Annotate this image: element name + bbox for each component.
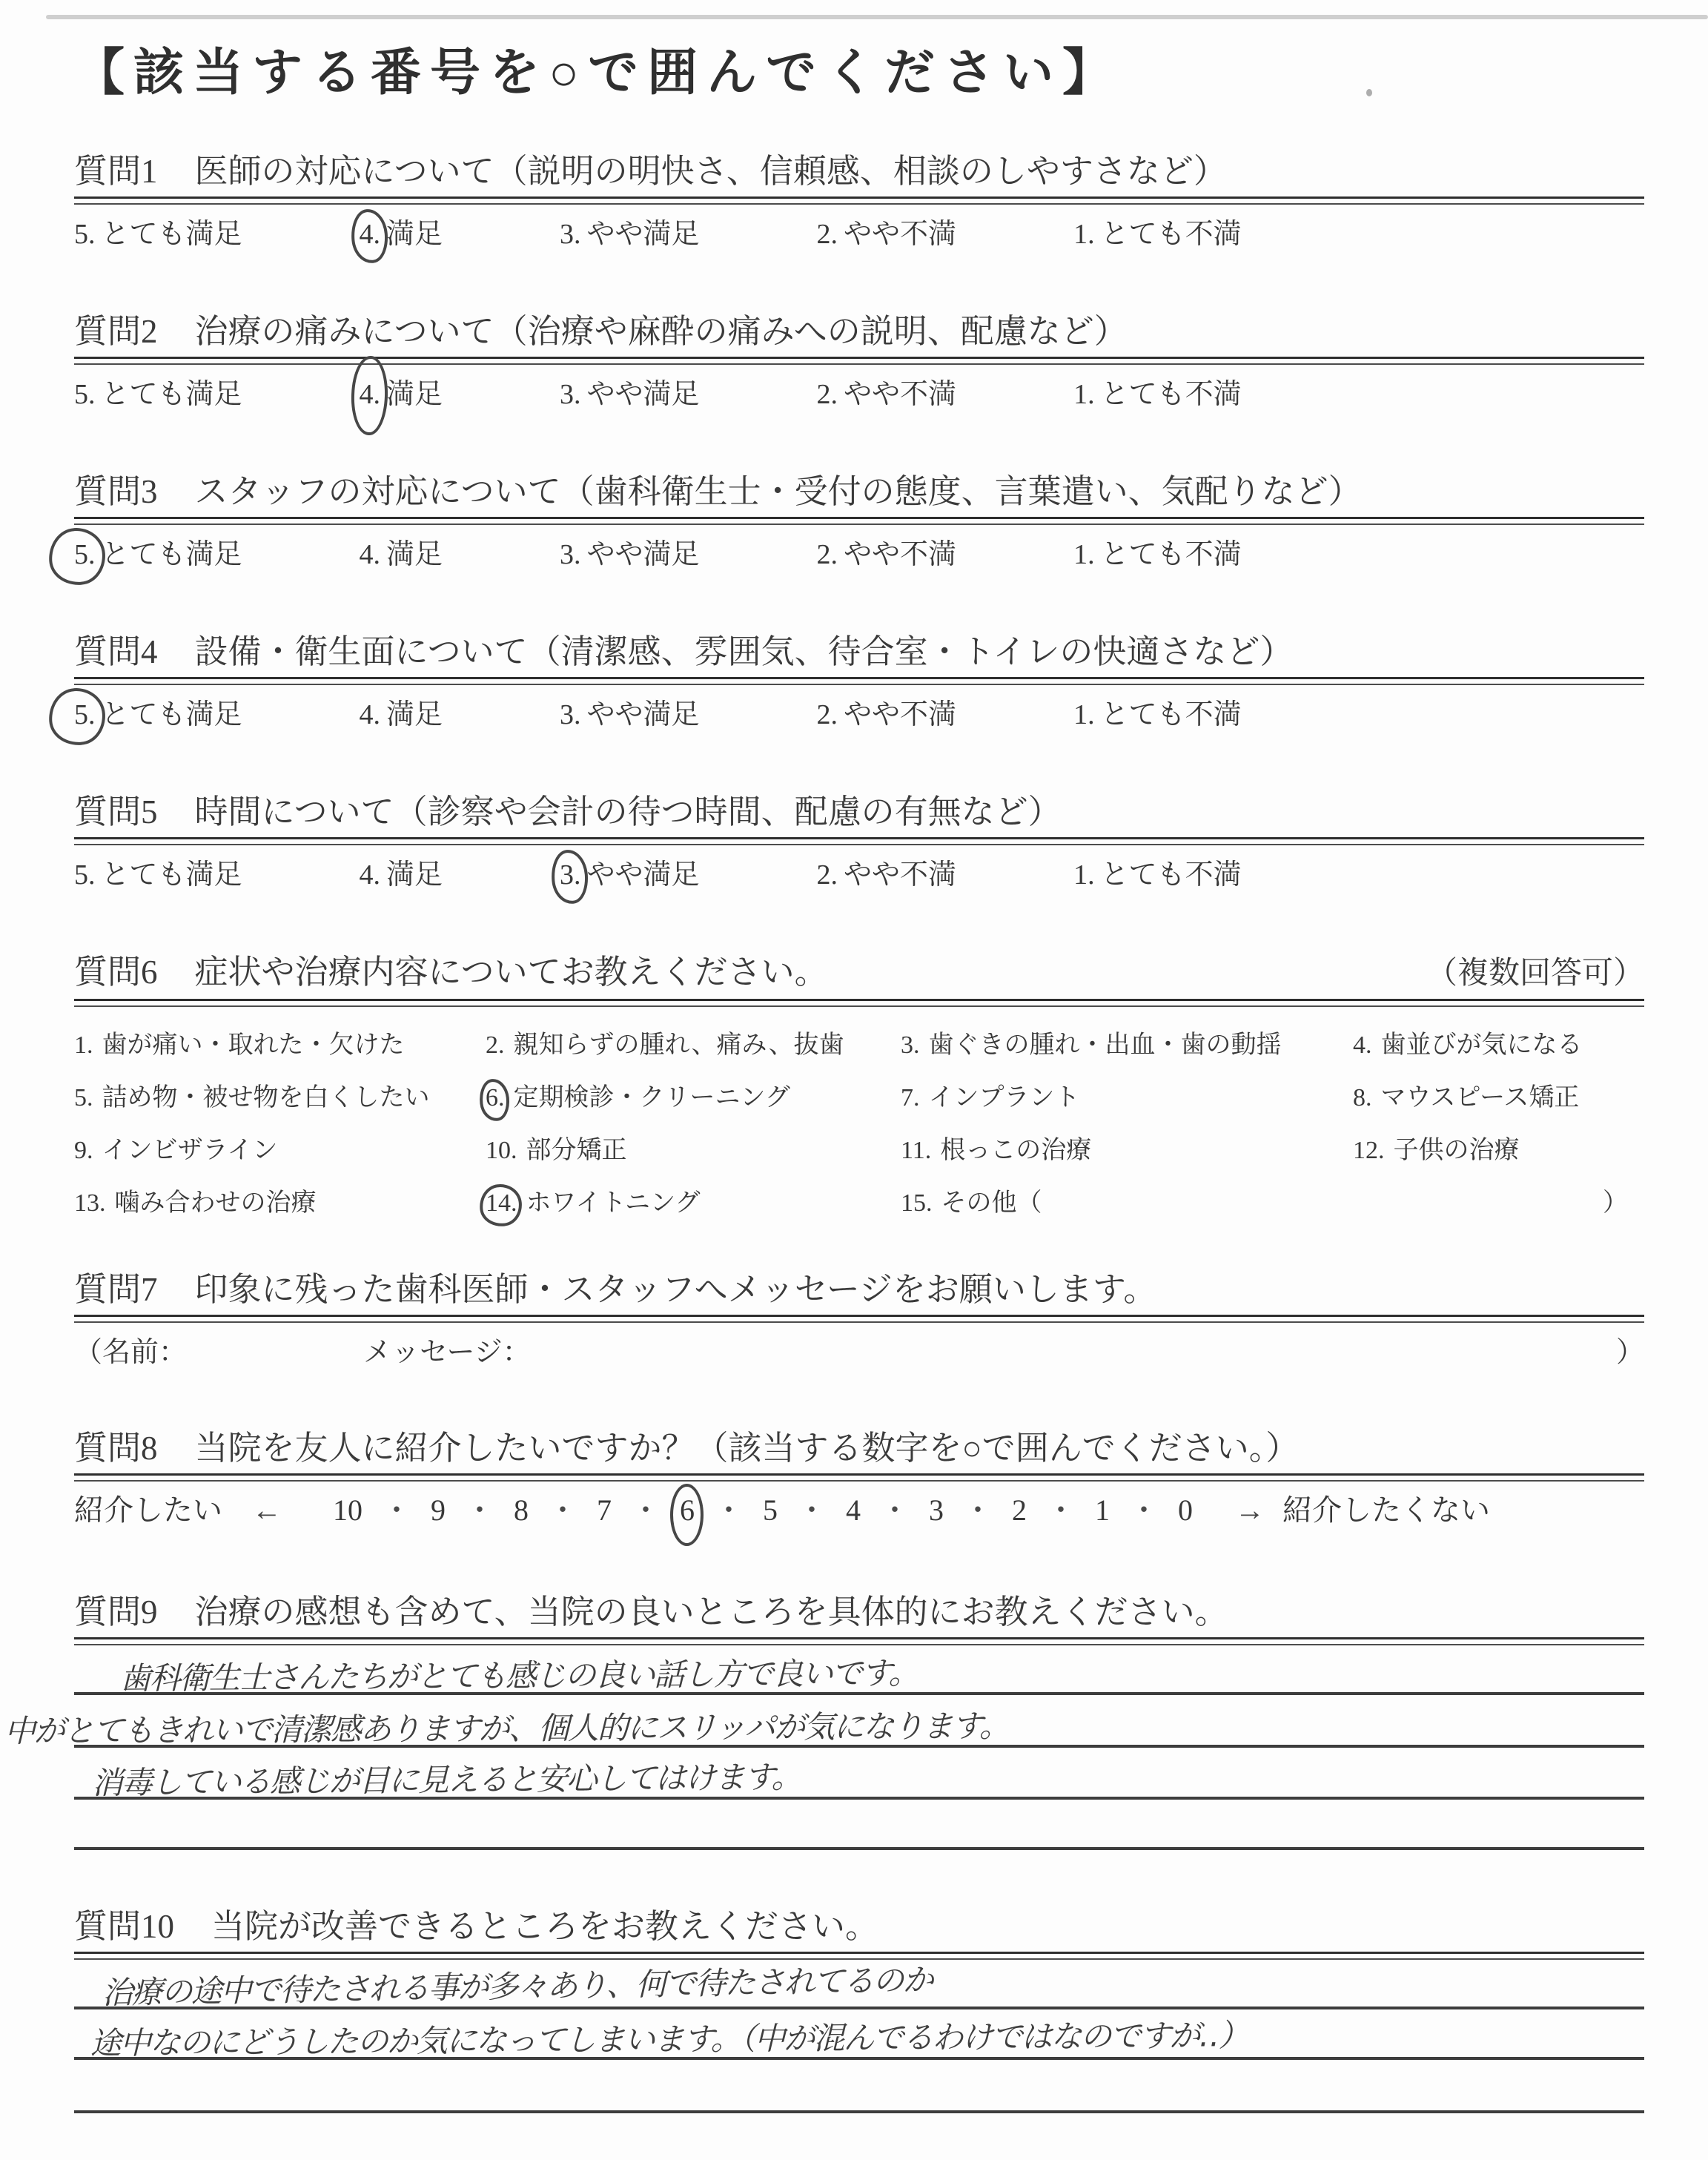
option-number: 5.: [74, 697, 96, 733]
symptom-option: 7.インプラント: [901, 1077, 1353, 1113]
other-close-paren: ）: [1353, 1182, 1644, 1218]
rating-option: 2.やや不満: [817, 697, 957, 733]
option-number: 11.: [901, 1137, 931, 1165]
scale-dot: ・: [548, 1490, 577, 1530]
rating-option: 1.とても不満: [1073, 537, 1242, 572]
question-2-heading: 質問2 治療の痛みについて（治療や麻酔の痛みへの説明、配慮など）: [74, 308, 1644, 354]
scale-number: 1: [1095, 1490, 1110, 1530]
scale-number: 9: [431, 1490, 446, 1530]
option-label: 定期検診・クリーニング: [514, 1084, 790, 1112]
question-10: 質問10 当院が改善できるところをお教えください。 治療の途中で待たされる事が多…: [74, 1903, 1644, 2160]
scale-number: 7: [597, 1490, 612, 1530]
question-7-text: 印象に残った歯科医師・スタッフへメッセージをお願いします。: [195, 1266, 1157, 1312]
option-label: 満足: [386, 859, 443, 891]
option-label: とても不満: [1101, 539, 1242, 570]
option-number: 1.: [1073, 697, 1095, 733]
option-number: 3.: [560, 857, 581, 893]
symptom-option: 9.インビザライン: [74, 1129, 486, 1166]
rating-option: 3.やや満足: [560, 537, 700, 572]
handwritten-answer: 歯科衛生士さんたちがとても感じの良い話し方で良いです。: [120, 1648, 918, 1699]
option-label: やや不満: [844, 219, 956, 250]
option-number: 4.: [360, 857, 381, 893]
option-label: 詰め物・被せ物を白くしたい: [102, 1084, 430, 1112]
heading-underline: [74, 517, 1644, 525]
option-number: 5.: [74, 217, 96, 252]
question-9-number: 質問9: [74, 1589, 158, 1635]
question-3: 質問3 スタッフの対応について（歯科衛生士・受付の態度、言葉遣い、気配りなど） …: [74, 469, 1644, 572]
question-1-options: 5.とても満足 4.満足 3.やや満足 2.やや不満 1.とても不満: [74, 205, 1644, 252]
option-label: 歯並びが気になる: [1381, 1031, 1583, 1059]
heading-underline: [74, 196, 1644, 205]
option-label: やや満足: [587, 219, 700, 250]
question-4: 質問4 設備・衛生面について（清潔感、雰囲気、待合室・トイレの快適さなど） 5.…: [74, 629, 1644, 733]
want-to-refer-label: 紹介したい: [74, 1490, 222, 1530]
question-5-options: 5.とても満足 4.満足 3.やや満足 2.やや不満 1.とても不満: [74, 845, 1644, 893]
option-label: 満足: [386, 699, 443, 730]
question-7: 質問7 印象に残った歯科医師・スタッフへメッセージをお願いします。 （名前： メ…: [74, 1266, 1644, 1370]
question-7-heading: 質問7 印象に残った歯科医師・スタッフへメッセージをお願いします。: [74, 1266, 1644, 1312]
rating-option: 4.満足: [360, 377, 443, 412]
option-label: ホワイトニング: [526, 1189, 701, 1217]
message-field-label: メッセージ：: [363, 1335, 531, 1370]
handwritten-answer: 途中なのにどうしたのか気になってしまいます。（中が混んでるわけではなのですが‥）: [90, 2011, 1248, 2064]
option-number: 1.: [1073, 377, 1095, 412]
option-label: とても不満: [1101, 219, 1242, 250]
question-3-number: 質問3: [74, 469, 158, 515]
symptom-option: 5.詰め物・被せ物を白くしたい: [74, 1077, 486, 1113]
heading-underline: [74, 999, 1644, 1007]
rating-option: 1.とても不満: [1073, 857, 1242, 893]
question-5-text: 時間について（診察や会計の待つ時間、配慮の有無など）: [195, 789, 1062, 835]
symptom-option: 10.部分矯正: [486, 1129, 901, 1166]
symptom-option-other: 15.その他（: [901, 1182, 1353, 1218]
option-label: その他（: [941, 1189, 1042, 1217]
option-number: 4.: [360, 537, 381, 572]
question-10-text: 当院が改善できるところをお教えください。: [211, 1903, 878, 1949]
question-9: 質問9 治療の感想も含めて、当院の良いところを具体的にお教えください。 歯科衛生…: [74, 1589, 1644, 1850]
option-label: やや不満: [844, 379, 956, 410]
rating-option: 5.とても満足: [74, 697, 242, 733]
question-3-text: スタッフの対応について（歯科衛生士・受付の態度、言葉遣い、気配りなど）: [195, 469, 1362, 515]
option-number: 3.: [560, 217, 581, 252]
survey-page: 【該当する番号を○で囲んでください】 質問1 医師の対応について（説明の明快さ、…: [0, 0, 1708, 2160]
option-number: 2.: [817, 217, 838, 252]
option-number: 7.: [901, 1084, 920, 1112]
symptom-option: 1.歯が痛い・取れた・欠けた: [74, 1024, 486, 1060]
option-number: 5.: [74, 857, 96, 893]
question-2-options: 5.とても満足 4.満足 3.やや満足 2.やや不満 1.とても不満: [74, 365, 1644, 412]
question-4-text: 設備・衛生面について（清潔感、雰囲気、待合室・トイレの快適さなど）: [195, 629, 1294, 675]
question-1: 質問1 医師の対応について（説明の明快さ、信頼感、相談のしやすさなど） 5.とて…: [74, 148, 1644, 252]
option-label: とても不満: [1101, 859, 1242, 891]
option-number: 5.: [74, 377, 96, 412]
option-number: 8.: [1353, 1084, 1372, 1112]
option-number: 2.: [817, 697, 838, 733]
option-number: 3.: [901, 1031, 920, 1060]
option-number: 12.: [1353, 1137, 1385, 1165]
heading-underline: [74, 1473, 1644, 1482]
question-3-options: 5.とても満足 4.満足 3.やや満足 2.やや不満 1.とても不満: [74, 525, 1644, 572]
answer-line-empty: [74, 2060, 1644, 2113]
scale-number: 5: [763, 1490, 778, 1530]
not-want-to-refer-label: 紹介したくない: [1282, 1490, 1490, 1530]
question-8-text: 当院を友人に紹介したいですか？（該当する数字を○で囲んでください。）: [195, 1425, 1300, 1471]
rating-option: 3.やや満足: [560, 377, 700, 412]
scale-dot: ・: [382, 1490, 411, 1530]
option-number: 4.: [360, 217, 381, 252]
heading-underline: [74, 837, 1644, 845]
symptom-option: 12.子供の治療: [1353, 1129, 1644, 1166]
option-number: 15.: [901, 1189, 933, 1218]
rating-option: 4.満足: [360, 697, 443, 733]
question-9-heading: 質問9 治療の感想も含めて、当院の良いところを具体的にお教えください。: [74, 1589, 1644, 1635]
symptom-option: 6.定期検診・クリーニング: [486, 1077, 901, 1113]
option-number: 3.: [560, 537, 581, 572]
symptom-option: 4.歯並びが気になる: [1353, 1024, 1644, 1060]
handwritten-answer: 中がとてもきれいで清潔感ありますが、個人的にスリッパが気になります。: [4, 1702, 1009, 1751]
symptom-option: 11.根っこの治療: [901, 1129, 1353, 1166]
scale-dot: ・: [880, 1490, 910, 1530]
scale-dot: ・: [465, 1490, 494, 1530]
option-number: 1.: [74, 1031, 93, 1060]
question-1-heading: 質問1 医師の対応について（説明の明快さ、信頼感、相談のしやすさなど）: [74, 148, 1644, 194]
option-label: 満足: [386, 539, 443, 570]
scale-dot: ・: [797, 1490, 827, 1530]
scale-number: 6: [680, 1490, 695, 1530]
scale-dot: ・: [963, 1490, 993, 1530]
option-number: 13.: [74, 1189, 106, 1218]
question-6-number: 質問6: [74, 949, 158, 995]
rating-option: 2.やや不満: [817, 377, 957, 412]
option-label: やや満足: [587, 699, 700, 730]
option-label: とても満足: [102, 539, 242, 570]
option-label: やや不満: [844, 539, 956, 570]
option-label: 根っこの治療: [940, 1137, 1091, 1164]
option-number: 1.: [1073, 537, 1095, 572]
rating-option: 1.とても不満: [1073, 377, 1242, 412]
message-fields: （名前： メッセージ： ）: [74, 1323, 1644, 1370]
answer-line-empty: [74, 2113, 1644, 2160]
option-label: 満足: [386, 219, 443, 250]
question-8-heading: 質問8 当院を友人に紹介したいですか？（該当する数字を○で囲んでください。）: [74, 1425, 1644, 1471]
scale-number: 4: [846, 1490, 861, 1530]
option-label: やや満足: [587, 859, 700, 891]
option-label: 満足: [386, 379, 443, 410]
option-number: 2.: [486, 1031, 505, 1060]
question-5-heading: 質問5 時間について（診察や会計の待つ時間、配慮の有無など）: [74, 789, 1644, 835]
option-label: 歯ぐきの腫れ・出血・歯の動揺: [929, 1031, 1282, 1059]
symptom-option: 8.マウスピース矯正: [1353, 1077, 1644, 1113]
answer-line: 消毒している感じが目に見えると安心してはけます。: [74, 1748, 1644, 1800]
option-number: 4.: [360, 697, 381, 733]
question-2: 質問2 治療の痛みについて（治療や麻酔の痛みへの説明、配慮など） 5.とても満足…: [74, 308, 1644, 412]
nps-scale: 紹介したい ← 10・ 9・ 8・ 7・ 6・ 5・ 4・ 3・ 2・ 1・ 0…: [74, 1482, 1644, 1530]
question-10-heading: 質問10 当院が改善できるところをお教えください。: [74, 1903, 1644, 1949]
option-label: とても満足: [102, 699, 242, 730]
option-number: 2.: [817, 377, 838, 412]
scale-dot: ・: [1046, 1490, 1076, 1530]
symptom-option: 2.親知らずの腫れ、痛み、抜歯: [486, 1024, 901, 1060]
option-number: 14.: [486, 1189, 517, 1218]
option-number: 3.: [560, 377, 581, 412]
answer-line: 途中なのにどうしたのか気になってしまいます。（中が混んでるわけではなのですが‥）: [74, 2009, 1644, 2060]
heading-underline: [74, 677, 1644, 685]
question-9-text: 治療の感想も含めて、当院の良いところを具体的にお教えください。: [195, 1589, 1228, 1635]
option-label: やや不満: [844, 699, 956, 730]
question-5: 質問5 時間について（診察や会計の待つ時間、配慮の有無など） 5.とても満足 4…: [74, 789, 1644, 893]
option-label: 噛み合わせの治療: [115, 1189, 317, 1217]
symptom-option: 13.噛み合わせの治療: [74, 1182, 486, 1218]
answer-line: 歯科衛生士さんたちがとても感じの良い話し方で良いです。: [74, 1645, 1644, 1695]
fields-close-paren: ）: [1616, 1335, 1644, 1370]
option-number: 5.: [74, 1084, 93, 1112]
question-6: 質問6 症状や治療内容についてお教えください。 （複数回答可） 1.歯が痛い・取…: [74, 949, 1644, 1226]
option-number: 6.: [486, 1084, 505, 1112]
option-number: 1.: [1073, 217, 1095, 252]
symptom-option: 3.歯ぐきの腫れ・出血・歯の動揺: [901, 1024, 1353, 1060]
rating-option: 5.とても満足: [74, 377, 242, 412]
option-number: 2.: [817, 857, 838, 893]
handwritten-answer: 治療の途中で待たされる事が多々あり、何で待たされてるのか: [102, 1955, 933, 2013]
question-4-options: 5.とても満足 4.満足 3.やや満足 2.やや不満 1.とても不満: [74, 685, 1644, 733]
scale-number: 8: [514, 1490, 529, 1530]
rating-option: 4.満足: [360, 857, 443, 893]
right-arrow-icon: →: [1235, 1490, 1265, 1530]
scale-number: 0: [1178, 1490, 1193, 1530]
rating-option: 2.やや不満: [817, 217, 957, 252]
left-arrow-icon: ←: [252, 1490, 282, 1530]
scale-dot: ・: [714, 1490, 744, 1530]
question-2-text: 治療の痛みについて（治療や麻酔の痛みへの説明、配慮など）: [195, 308, 1128, 354]
option-number: 3.: [560, 697, 581, 733]
answer-line: 中がとてもきれいで清潔感ありますが、個人的にスリッパが気になります。: [74, 1695, 1644, 1748]
question-7-number: 質問7: [74, 1266, 158, 1312]
option-label: やや不満: [844, 859, 956, 891]
scale-number: 10: [333, 1490, 363, 1530]
option-label: 子供の治療: [1394, 1137, 1520, 1164]
question-1-text: 医師の対応について（説明の明快さ、信頼感、相談のしやすさなど）: [195, 148, 1227, 194]
answer-line: 治療の途中で待たされる事が多々あり、何で待たされてるのか: [74, 1960, 1644, 2009]
question-4-number: 質問4: [74, 629, 158, 675]
question-6-heading: 質問6 症状や治療内容についてお教えください。 （複数回答可）: [74, 949, 1644, 997]
rating-option: 2.やや不満: [817, 537, 957, 572]
scale-dot: ・: [1129, 1490, 1159, 1530]
rating-option: 5.とても満足: [74, 857, 242, 893]
symptom-options-grid: 1.歯が痛い・取れた・欠けた 2.親知らずの腫れ、痛み、抜歯 3.歯ぐきの腫れ・…: [74, 1016, 1644, 1226]
question-3-heading: 質問3 スタッフの対応について（歯科衛生士・受付の態度、言葉遣い、気配りなど）: [74, 469, 1644, 515]
option-label: とても不満: [1101, 379, 1242, 410]
question-2-number: 質問2: [74, 308, 158, 354]
heading-underline: [74, 1637, 1644, 1645]
option-number: 1.: [1073, 857, 1095, 893]
option-label: インビザライン: [102, 1137, 278, 1164]
survey-content: 【該当する番号を○で囲んでください】 質問1 医師の対応について（説明の明快さ、…: [74, 0, 1644, 2160]
option-label: インプラント: [929, 1084, 1080, 1112]
option-label: マウスピース矯正: [1381, 1084, 1580, 1112]
option-number: 9.: [74, 1137, 93, 1165]
rating-option: 2.やや不満: [817, 857, 957, 893]
multiple-answers-note: （複数回答可）: [1426, 951, 1644, 997]
handwritten-answer: 消毒している感じが目に見えると安心してはけます。: [91, 1753, 801, 1803]
page-title: 【該当する番号を○で囲んでください】: [74, 39, 1644, 107]
option-number: 10.: [486, 1137, 517, 1165]
option-label: 歯が痛い・取れた・欠けた: [102, 1031, 405, 1059]
heading-underline: [74, 1315, 1644, 1323]
rating-option: 4.満足: [360, 537, 443, 572]
rating-option: 5.とても満足: [74, 217, 242, 252]
option-number: 2.: [817, 537, 838, 572]
question-8: 質問8 当院を友人に紹介したいですか？（該当する数字を○で囲んでください。） 紹…: [74, 1425, 1644, 1530]
answer-line-empty: [74, 1800, 1644, 1850]
option-label: とても満足: [102, 379, 242, 410]
rating-option: 1.とても不満: [1073, 697, 1242, 733]
option-label: とても満足: [102, 859, 242, 891]
option-label: 部分矯正: [526, 1137, 627, 1164]
option-label: とても不満: [1101, 699, 1242, 730]
heading-underline: [74, 357, 1644, 365]
option-label: とても満足: [102, 219, 242, 250]
rating-option: 5.とても満足: [74, 537, 242, 572]
name-field-label: （名前：: [74, 1335, 187, 1370]
question-5-number: 質問5: [74, 789, 158, 835]
question-6-text: 症状や治療内容についてお教えください。: [195, 949, 828, 995]
option-label: やや満足: [587, 379, 700, 410]
option-label: 親知らずの腫れ、痛み、抜歯: [514, 1031, 844, 1059]
option-number: 5.: [74, 537, 96, 572]
scale-number: 3: [929, 1490, 944, 1530]
option-number: 4.: [1353, 1031, 1372, 1060]
scale-dot: ・: [631, 1490, 661, 1530]
scale-number: 2: [1012, 1490, 1027, 1530]
option-number: 4.: [360, 377, 381, 412]
rating-option: 4.満足: [360, 217, 443, 252]
rating-option: 3.やや満足: [560, 697, 700, 733]
rating-option: 1.とても不満: [1073, 217, 1242, 252]
question-10-number: 質問10: [74, 1903, 174, 1949]
rating-option: 3.やや満足: [560, 857, 700, 893]
symptom-option: 14.ホワイトニング: [486, 1182, 901, 1218]
question-8-number: 質問8: [74, 1425, 158, 1471]
question-1-number: 質問1: [74, 148, 158, 194]
option-label: やや満足: [587, 539, 700, 570]
question-4-heading: 質問4 設備・衛生面について（清潔感、雰囲気、待合室・トイレの快適さなど）: [74, 629, 1644, 675]
rating-option: 3.やや満足: [560, 217, 700, 252]
